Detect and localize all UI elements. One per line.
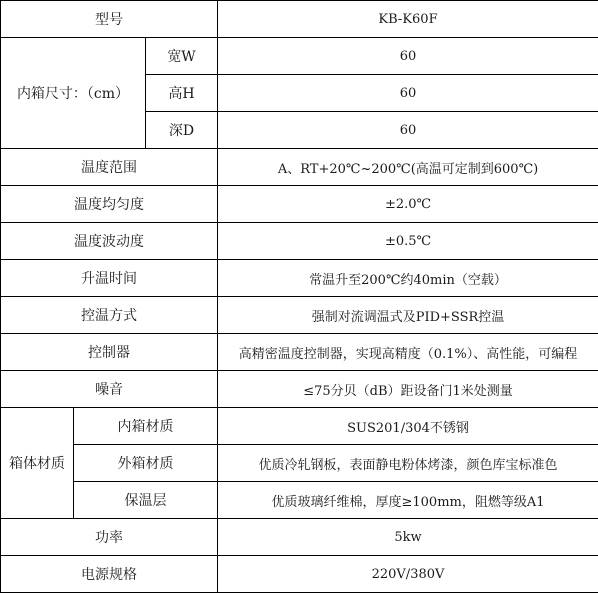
cabinet-material-group-label: 箱体材质 [1,408,74,519]
table-row: 保温层 优质玻璃纤维棉，厚度≥100mm，阻燃等级A1 [1,482,598,519]
heatup-time-value: 常温升至200℃约40min（空载） [218,260,598,297]
table-row: 控温方式 强制对流调温式及PID+SSR控温 [1,297,598,334]
inner-size-depth-value: 60 [218,112,598,149]
temp-control-mode-label: 控温方式 [1,297,218,334]
table-row: 功率 5kw [1,519,598,556]
controller-value: 高精密温度控制器，实现高精度（0.1%）、高性能，可编程 [218,334,598,371]
model-label: 型号 [1,1,218,38]
model-value: KB-K60F [218,1,598,38]
spec-sheet: 型号 KB-K60F 内箱尺寸：（cm） 宽W 60 高H 60 深D 60 温… [0,0,598,593]
table-row: 内箱尺寸：（cm） 宽W 60 [1,38,598,75]
table-row: 升温时间 常温升至200℃约40min（空载） [1,260,598,297]
spec-table: 型号 KB-K60F 内箱尺寸：（cm） 宽W 60 高H 60 深D 60 温… [0,0,598,593]
power-supply-label: 电源规格 [1,556,218,593]
table-row: 温度范围 A、RT+20℃~200℃(高温可定制到600℃) [1,149,598,186]
insulation-layer-label: 保温层 [74,482,218,519]
table-row: 噪音 ≤75分贝（dB）距设备门1米处测量 [1,371,598,408]
table-row: 箱体材质 内箱材质 SUS201/304不锈钢 [1,408,598,445]
noise-value: ≤75分贝（dB）距设备门1米处测量 [218,371,598,408]
inner-material-label: 内箱材质 [74,408,218,445]
temp-uniformity-label: 温度均匀度 [1,186,218,223]
temp-control-mode-value: 强制对流调温式及PID+SSR控温 [218,297,598,334]
table-row: 温度波动度 ±0.5℃ [1,223,598,260]
temp-fluctuation-label: 温度波动度 [1,223,218,260]
inner-size-height-label: 高H [146,75,218,112]
inner-material-value: SUS201/304不锈钢 [218,408,598,445]
table-row: 型号 KB-K60F [1,1,598,38]
temp-uniformity-value: ±2.0℃ [218,186,598,223]
inner-size-width-value: 60 [218,38,598,75]
table-row: 温度均匀度 ±2.0℃ [1,186,598,223]
insulation-layer-value: 优质玻璃纤维棉，厚度≥100mm，阻燃等级A1 [218,482,598,519]
controller-label: 控制器 [1,334,218,371]
temp-fluctuation-value: ±0.5℃ [218,223,598,260]
temp-range-value: A、RT+20℃~200℃(高温可定制到600℃) [218,149,598,186]
power-value: 5kw [218,519,598,556]
inner-size-depth-label: 深D [146,112,218,149]
power-label: 功率 [1,519,218,556]
outer-material-value: 优质冷轧钢板，表面静电粉体烤漆，颜色库宝标准色 [218,445,598,482]
heatup-time-label: 升温时间 [1,260,218,297]
inner-size-group-label: 内箱尺寸：（cm） [1,38,146,149]
inner-size-height-value: 60 [218,75,598,112]
table-row: 控制器 高精密温度控制器，实现高精度（0.1%）、高性能，可编程 [1,334,598,371]
inner-size-width-label: 宽W [146,38,218,75]
noise-label: 噪音 [1,371,218,408]
power-supply-value: 220V/380V [218,556,598,593]
table-row: 电源规格 220V/380V [1,556,598,593]
temp-range-label: 温度范围 [1,149,218,186]
table-row: 外箱材质 优质冷轧钢板，表面静电粉体烤漆，颜色库宝标准色 [1,445,598,482]
outer-material-label: 外箱材质 [74,445,218,482]
